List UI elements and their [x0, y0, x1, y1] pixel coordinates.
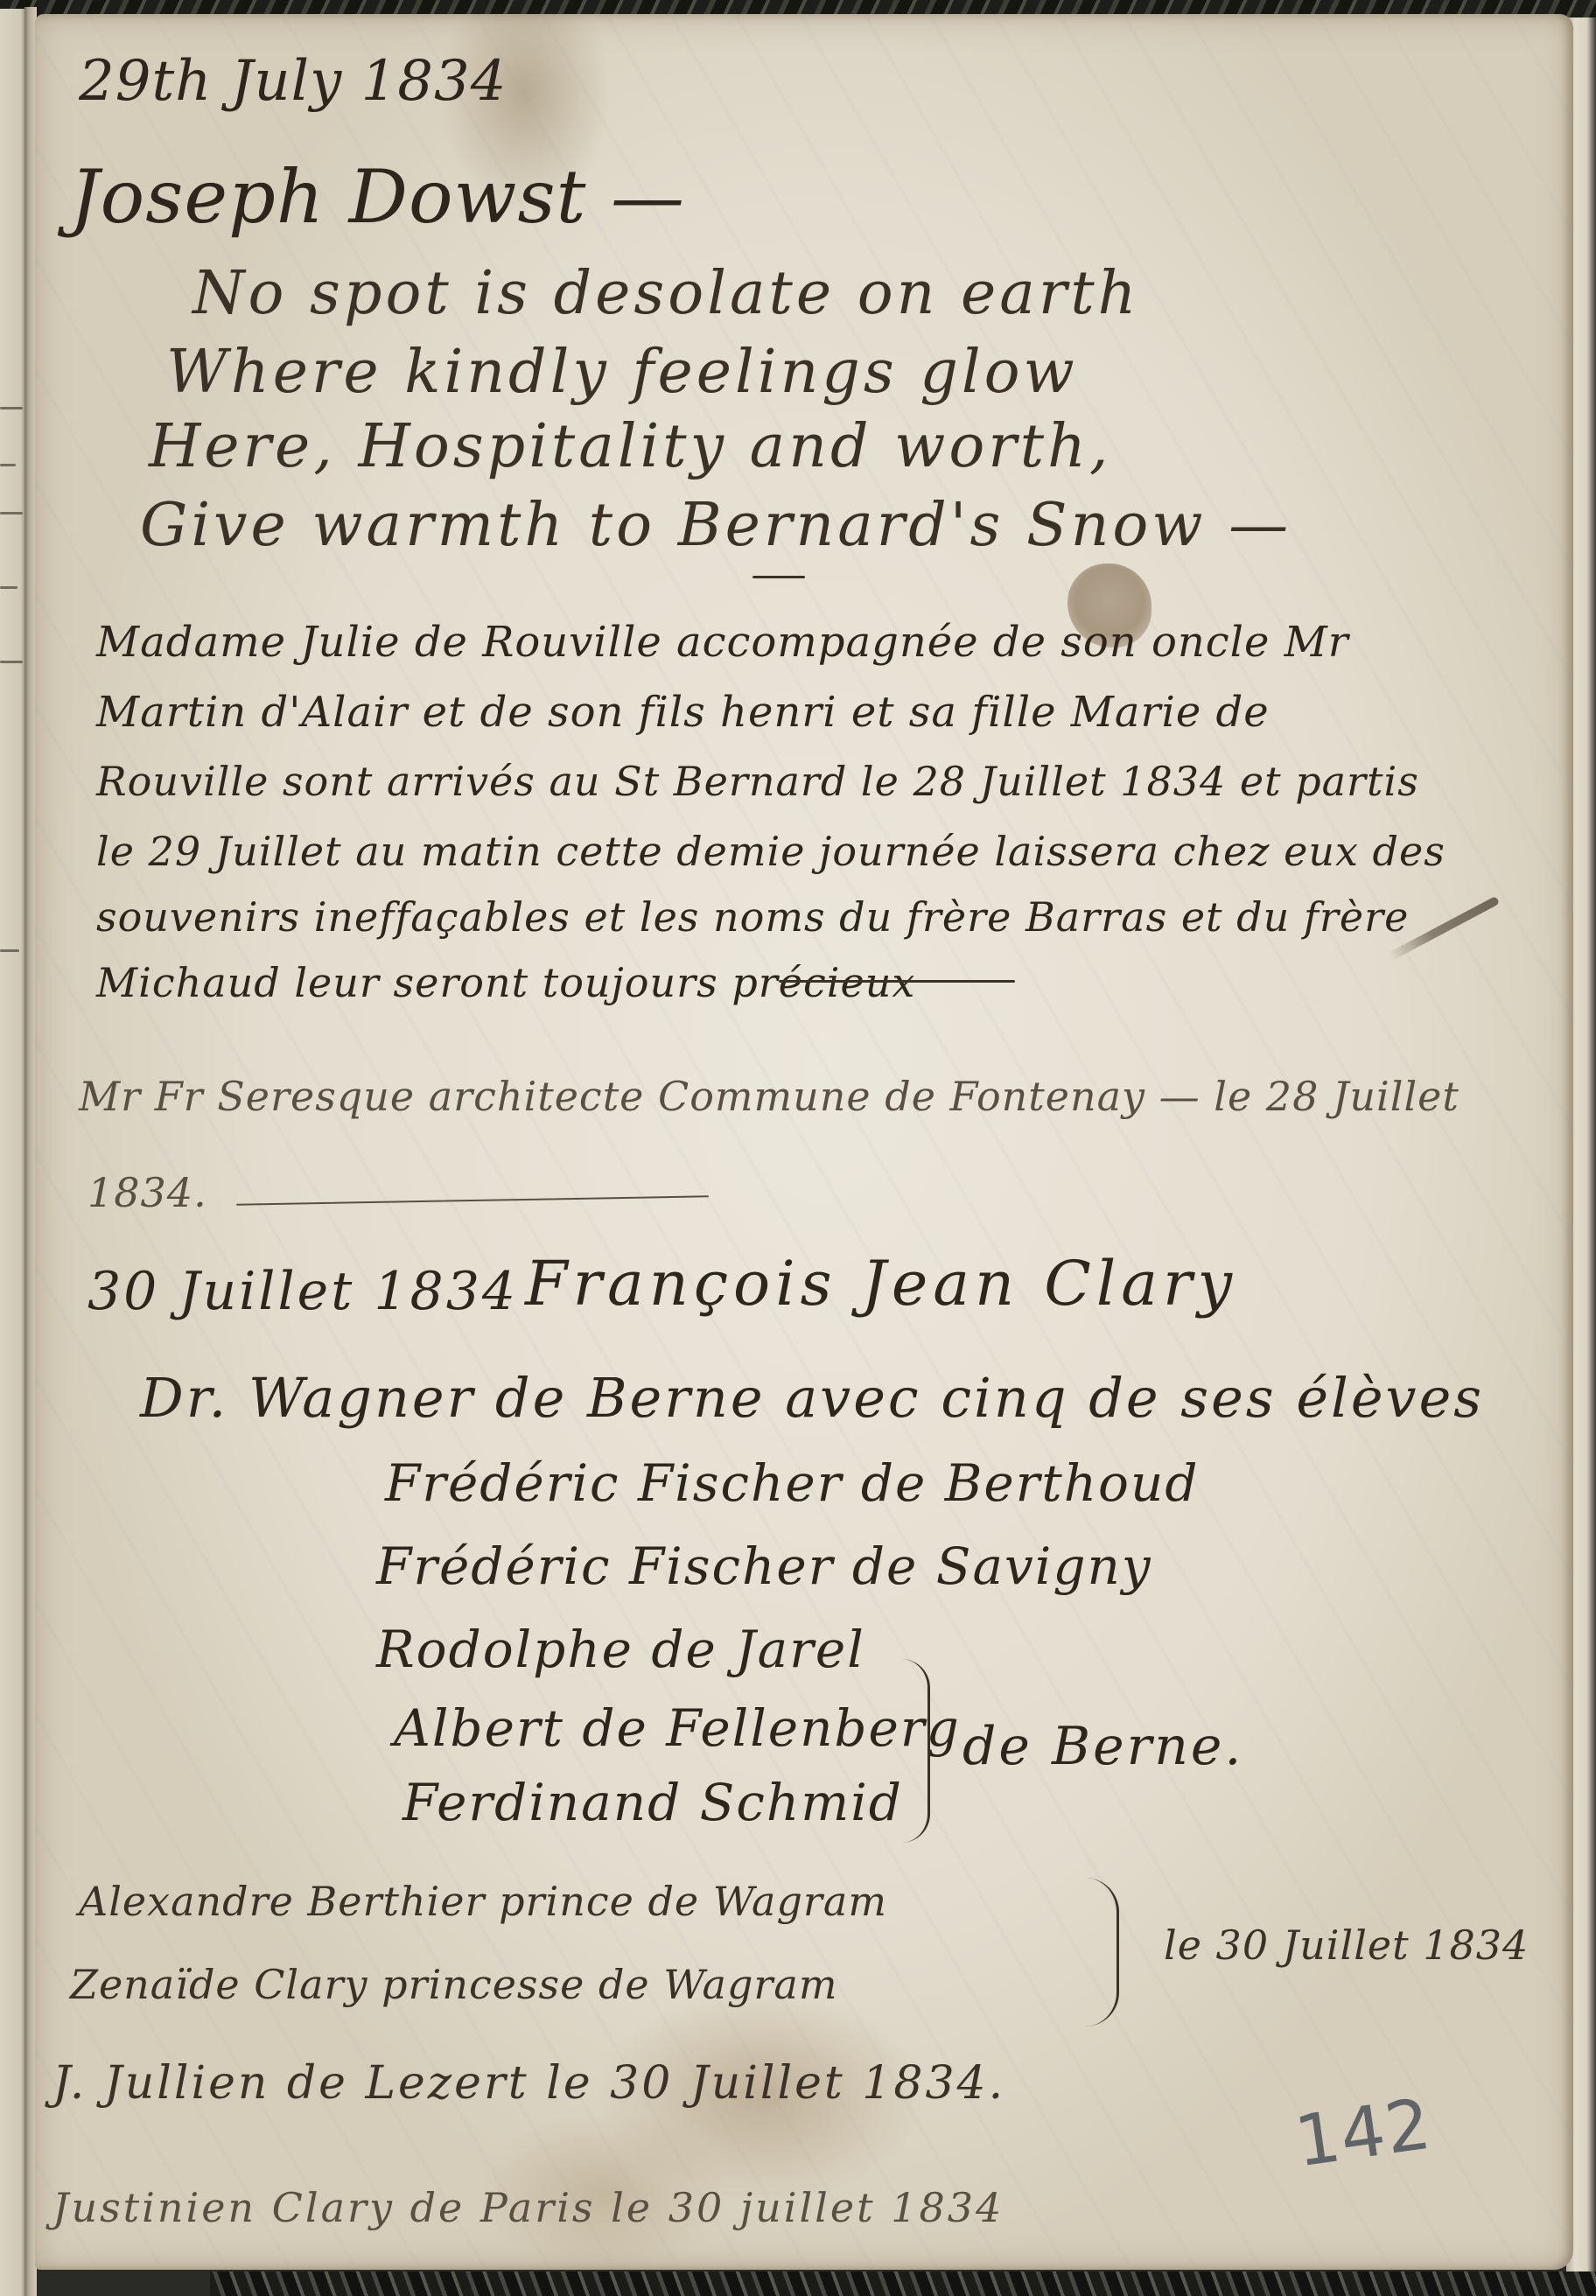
grouping-brace	[901, 1659, 930, 1843]
entry-signature: Joseph Dowst —	[70, 154, 685, 240]
divider-rule	[752, 576, 805, 578]
margin-ink-mark	[0, 949, 19, 952]
student-name: Ferdinand Schmid	[402, 1773, 903, 1832]
student-name: Rodolphe de Jarel	[376, 1620, 865, 1679]
entry-heading: Dr. Wagner de Berne avec cinq de ses élè…	[140, 1366, 1484, 1430]
margin-ink-mark	[0, 407, 23, 409]
entry-text-line: Madame Julie de Rouville accompagnée de …	[96, 618, 1349, 667]
page-number: 142	[1290, 2083, 1436, 2183]
margin-ink-mark	[0, 512, 23, 514]
entry-text-line: J. Jullien de Lezert le 30 Juillet 1834.	[52, 2057, 1005, 2110]
divider-rule	[779, 980, 1015, 983]
margin-ink-mark	[0, 464, 16, 466]
entry-text-line: le 29 Juillet au matin cette demie journ…	[96, 828, 1445, 875]
guest-name: Alexandre Berthier prince de Wagram	[79, 1878, 887, 1925]
entry-signature: 30 Juillet 1834	[87, 1261, 518, 1322]
entry-text-line: Rouville sont arrivés au St Bernard le 2…	[96, 758, 1419, 805]
guest-name: Zenaïde Clary princesse de Wagram	[70, 1961, 837, 2008]
entry-signature: François Jean Clary	[525, 1248, 1237, 1319]
verse-line: Give warmth to Bernard's Snow —	[140, 491, 1291, 560]
verse-line: Where kindly feelings glow	[166, 338, 1078, 407]
entry-text-line: Justinien Clary de Paris le 30 juillet 1…	[52, 2184, 1004, 2231]
entry-year: 1834.	[87, 1169, 207, 1216]
margin-ink-mark	[0, 586, 17, 589]
entry-text-line: souvenirs ineffaçables et les noms du fr…	[96, 893, 1409, 941]
student-name: Frédéric Fischer de Savigny	[376, 1536, 1152, 1596]
entry-text-line: Michaud leur seront toujours précieux	[96, 959, 915, 1006]
student-name: Albert de Fellenberg	[394, 1698, 961, 1758]
grouping-brace	[1085, 1878, 1119, 2026]
group-date: le 30 Juillet 1834	[1164, 1921, 1529, 1969]
book-binding-bottom	[210, 2271, 1596, 2296]
divider-rule	[236, 1195, 709, 1205]
entry-text-line: Mr Fr Seresque architecte Commune de Fon…	[79, 1073, 1459, 1120]
student-name: Frédéric Fischer de Berthoud	[385, 1453, 1199, 1513]
entry-date: 29th July 1834	[79, 49, 507, 114]
margin-ink-mark	[0, 661, 23, 663]
group-note: de Berne.	[962, 1716, 1244, 1777]
verse-line: Here, Hospitality and worth,	[149, 412, 1112, 481]
previous-page-edge	[0, 9, 26, 2296]
verse-line: No spot is desolate on earth	[192, 259, 1139, 328]
entry-text-line: Martin d'Alair et de son fils henri et s…	[96, 688, 1270, 737]
register-page: 29th July 1834 Joseph Dowst — No spot is…	[35, 14, 1573, 2270]
